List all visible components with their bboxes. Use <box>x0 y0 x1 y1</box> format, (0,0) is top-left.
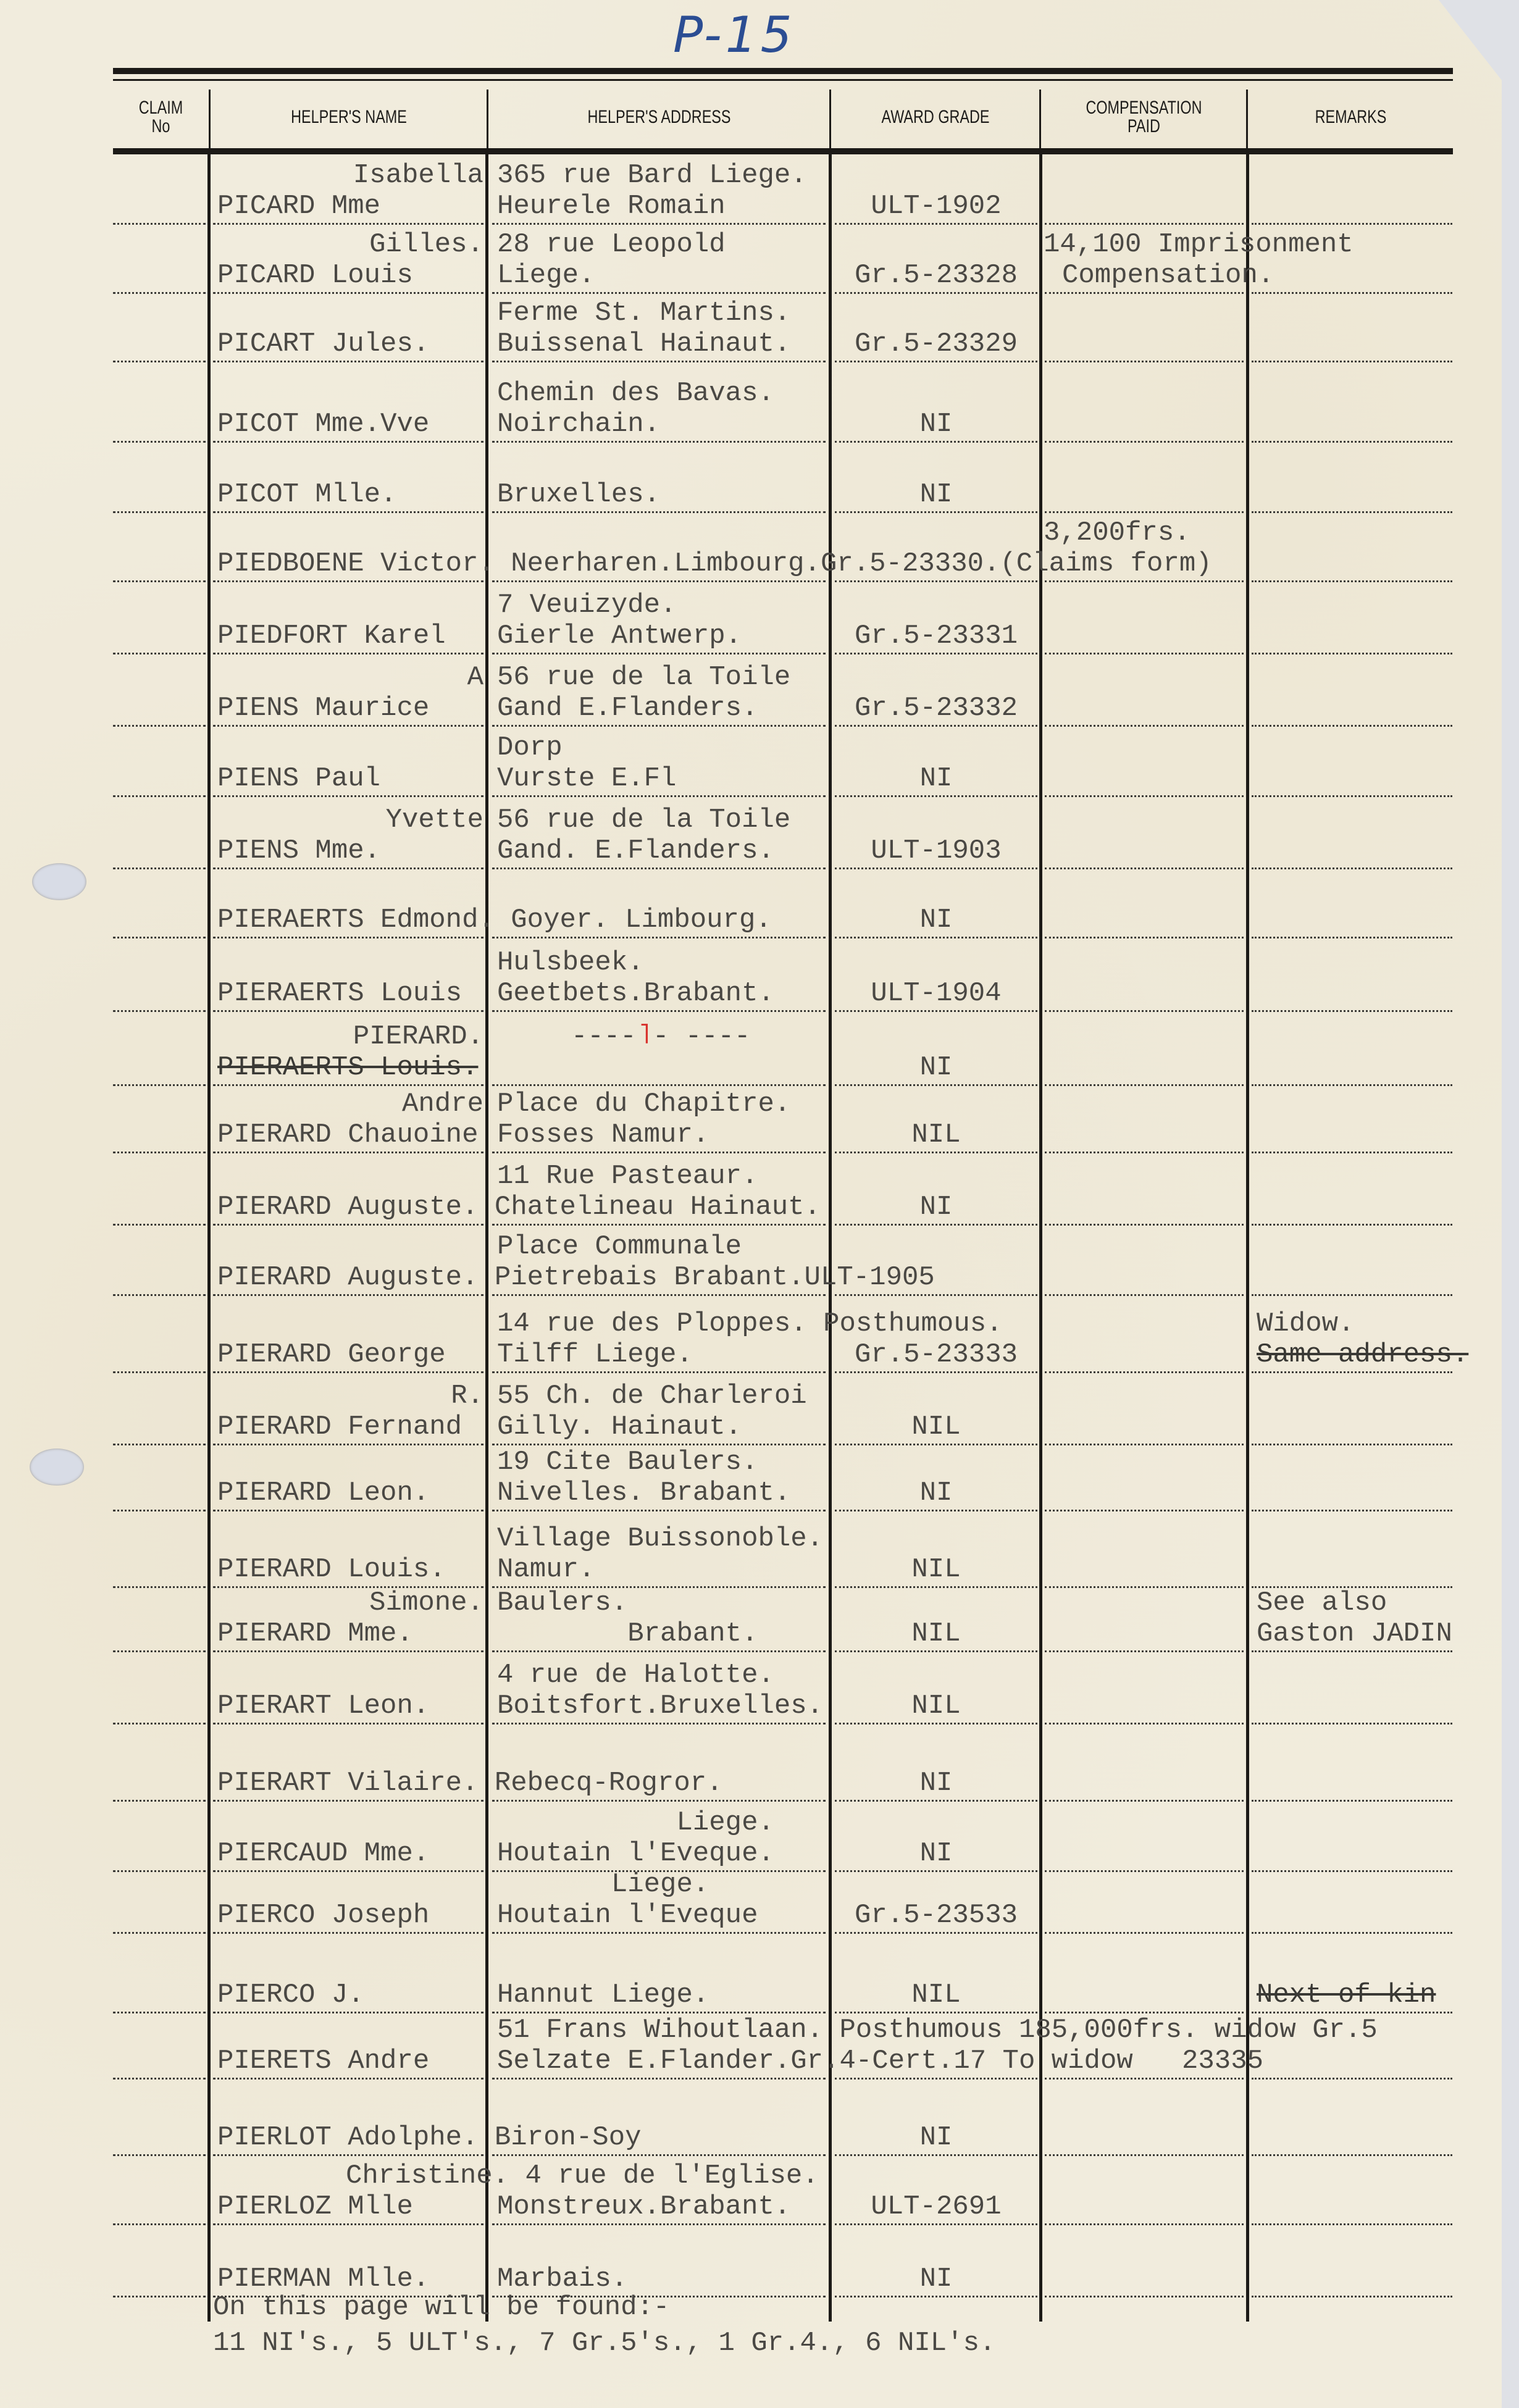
helper-address-line2: Houtain l'Eveque <box>497 1900 758 1931</box>
row-dotted-line <box>1045 1800 1244 1802</box>
top-thin-rule <box>113 79 1453 81</box>
row-dotted-line <box>113 1510 206 1511</box>
row-dotted-line <box>1252 1152 1452 1153</box>
helper-name: PIERARD George <box>217 1339 446 1370</box>
award-grade: NI <box>835 1768 1037 1799</box>
helper-name: PIERARD Chauoine <box>217 1119 478 1150</box>
row-dotted-line <box>213 653 483 654</box>
helper-address-line1: Chemin des Bavas. <box>497 378 774 409</box>
row-dotted-line <box>1045 2078 1244 2080</box>
row-dotted-line <box>113 1152 206 1153</box>
header-claim-no: CLAIM No <box>123 86 198 148</box>
row-dotted-line <box>1252 795 1452 797</box>
row-dotted-line <box>1045 1152 1244 1153</box>
row-dotted-line <box>1252 1084 1452 1086</box>
helper-address-line2: Houtain l'Eveque. <box>497 1838 774 1869</box>
helper-address-line2: Marbais. <box>497 2264 627 2294</box>
footer-summary-heading: On this page will be found:- <box>213 2292 669 2323</box>
row-dotted-line <box>492 580 826 582</box>
row-dotted-line <box>835 937 1037 939</box>
row-dotted-line <box>1045 441 1244 443</box>
row-dotted-line <box>835 2296 1037 2297</box>
helper-address-line1: 7 Veuizyde. <box>497 590 676 621</box>
row-dotted-line <box>835 1510 1037 1511</box>
row-dotted-line <box>113 725 206 727</box>
header-bottom-rule <box>113 148 1453 154</box>
award-grade: NI <box>835 763 1037 794</box>
helper-name: PIERARD Auguste. Chatelineau Hainaut. <box>217 1192 821 1223</box>
helper-address-line2: Bruxelles. <box>497 479 660 510</box>
row-dotted-line <box>1045 361 1244 362</box>
helper-name: PIERART Vilaire. Rebecq-Rogror. <box>217 1768 723 1799</box>
row-dotted-line <box>1252 1510 1452 1511</box>
row-dotted-line <box>113 1444 206 1445</box>
column-divider-address <box>829 154 832 2322</box>
helper-address-line1: ----˥- ---- <box>571 1021 750 1052</box>
row-dotted-line <box>492 223 826 225</box>
award-grade: NIL <box>835 1979 1037 2010</box>
row-dotted-line <box>213 1650 483 1652</box>
row-dotted-line <box>835 1224 1037 1226</box>
row-dotted-line <box>1252 511 1452 513</box>
row-dotted-line <box>492 2078 826 2080</box>
award-grade: ULT-2691 <box>835 2191 1037 2222</box>
row-dotted-line <box>492 361 826 362</box>
award-grade: NI <box>835 1478 1037 1508</box>
row-dotted-line <box>1045 2223 1244 2225</box>
row-dotted-line <box>1045 1932 1244 1934</box>
helper-address-line1: Place du Chapitre. <box>497 1089 790 1119</box>
row-dotted-line <box>113 2078 206 2080</box>
helper-name: PICOT Mlle. <box>217 479 396 510</box>
row-dotted-line <box>1252 1932 1452 1934</box>
award-grade: NI <box>835 409 1037 440</box>
row-dotted-line <box>113 441 206 443</box>
award-grade: NI <box>835 905 1037 935</box>
row-dotted-line <box>1045 1510 1244 1511</box>
row-dotted-line <box>1045 2296 1244 2297</box>
row-dotted-line <box>1045 1650 1244 1652</box>
column-divider-name <box>485 154 488 2322</box>
row-dotted-line <box>1252 1294 1452 1296</box>
award-grade: Gr.5-23329 <box>835 328 1037 359</box>
row-dotted-line <box>1252 653 1452 654</box>
row-dotted-line <box>492 653 826 654</box>
helper-name: PIERARD Leon. <box>217 1478 429 1508</box>
row-dotted-line <box>835 1084 1037 1086</box>
award-grade: Gr.5-23333 <box>835 1339 1037 1370</box>
column-divider-comp <box>1246 154 1249 2322</box>
award-grade: NI <box>835 1192 1037 1223</box>
compensation-line1: 3,200frs. <box>1044 517 1191 548</box>
header-helpers-address: HELPER'S ADDRESS <box>528 86 790 148</box>
punch-hole-bottom <box>30 1449 84 1486</box>
row-dotted-line <box>213 441 483 443</box>
row-dotted-line <box>113 1800 206 1802</box>
row-dotted-line <box>213 1224 483 1226</box>
row-dotted-line <box>113 1586 206 1588</box>
header-remarks: REMARKS <box>1273 86 1429 148</box>
row-dotted-line <box>1045 1586 1244 1588</box>
row-dotted-line <box>113 2296 206 2297</box>
award-grade: NIL <box>835 1554 1037 1585</box>
header-divider <box>1039 90 1041 148</box>
helper-first-name: A <box>213 662 483 693</box>
row-dotted-line <box>835 292 1037 294</box>
award-grade: Gr.5-23533 <box>835 1900 1037 1931</box>
helper-address-line1: Village Buissonoble. <box>497 1523 823 1554</box>
row-dotted-line <box>1252 867 1452 869</box>
row-dotted-line <box>835 1294 1037 1296</box>
helper-first-name: Yvette <box>213 805 483 835</box>
helper-address-line1: Liege. <box>497 1807 774 1838</box>
helper-name: PIENS Paul <box>217 763 380 794</box>
row-dotted-line <box>113 795 206 797</box>
helper-name: PIEDBOENE Victor. Neerharen.Limbourg.Gr.… <box>217 548 1212 579</box>
row-dotted-line <box>835 2012 1037 2013</box>
row-dotted-line <box>213 1932 483 1934</box>
row-dotted-line <box>492 1371 826 1373</box>
row-dotted-line <box>113 937 206 939</box>
helper-address-line2: Geetbets.Brabant. <box>497 978 774 1009</box>
helper-address-line1: Dorp <box>497 732 563 763</box>
helper-address-line2: Buissenal Hainaut. <box>497 328 790 359</box>
column-divider-claim <box>207 154 211 2322</box>
row-dotted-line <box>213 867 483 869</box>
row-dotted-line <box>1252 441 1452 443</box>
helper-first-name: Andre <box>213 1089 483 1119</box>
row-dotted-line <box>1252 1650 1452 1652</box>
helper-address-line1: 365 rue Bard Liege. <box>497 160 807 191</box>
row-dotted-line <box>492 1084 826 1086</box>
row-dotted-line <box>492 1010 826 1012</box>
award-grade: NIL <box>835 1691 1037 1721</box>
row-dotted-line <box>492 1932 826 1934</box>
row-dotted-line <box>1252 1224 1452 1226</box>
row-dotted-line <box>213 1371 483 1373</box>
header-divider <box>829 90 831 148</box>
row-dotted-line <box>213 1870 483 1872</box>
row-dotted-line <box>213 725 483 727</box>
helper-name: PIERLOT Adolphe. Biron-Soy <box>217 2122 642 2153</box>
row-dotted-line <box>213 2078 483 2080</box>
helper-address-line1: 55 Ch. de Charleroi <box>497 1381 807 1411</box>
row-dotted-line <box>1252 1723 1452 1724</box>
helper-name: PIERARD Mme. <box>217 1618 413 1649</box>
row-dotted-line <box>835 1371 1037 1373</box>
remarks-line2: Gaston JADIN <box>1257 1618 1452 1649</box>
row-dotted-line <box>492 725 826 727</box>
row-dotted-line <box>835 1932 1037 1934</box>
helper-address-line1: 11 Rue Pasteaur. <box>497 1161 758 1192</box>
row-dotted-line <box>113 2012 206 2013</box>
award-grade: NIL <box>835 1119 1037 1150</box>
page-mark: P-15 <box>673 6 796 64</box>
row-dotted-line <box>213 2223 483 2225</box>
helper-first-name: Gilles. <box>213 229 483 260</box>
row-dotted-line <box>113 1010 206 1012</box>
helper-address-line1: 56 rue de la Toile <box>497 805 790 835</box>
compensation-line2: Compensation. <box>1062 260 1274 291</box>
row-dotted-line <box>835 2223 1037 2225</box>
row-dotted-line <box>113 1870 206 1872</box>
punch-hole-top <box>32 863 86 900</box>
row-dotted-line <box>492 2223 826 2225</box>
helper-address-line1: 14 rue des Ploppes. Posthumous. <box>497 1308 1003 1339</box>
helper-address-line2: Gilly. Hainaut. <box>497 1411 742 1442</box>
row-dotted-line <box>835 1152 1037 1153</box>
row-dotted-line <box>1045 1371 1244 1373</box>
row-dotted-line <box>1045 1444 1244 1445</box>
row-dotted-line <box>1252 2223 1452 2225</box>
row-dotted-line <box>1252 2012 1452 2013</box>
row-dotted-line <box>113 223 206 225</box>
row-dotted-line <box>835 1723 1037 1724</box>
row-dotted-line <box>113 1294 206 1296</box>
helper-name: PICOT Mme.Vve <box>217 409 429 440</box>
row-dotted-line <box>1252 2078 1452 2080</box>
helper-address-line2: Fosses Namur. <box>497 1119 709 1150</box>
row-dotted-line <box>1252 2296 1452 2297</box>
row-dotted-line <box>835 867 1037 869</box>
row-dotted-line <box>1045 1723 1244 1724</box>
row-dotted-line <box>1045 795 1244 797</box>
header-helpers-name: HELPER'S NAME <box>243 86 454 148</box>
row-dotted-line <box>213 2012 483 2013</box>
row-dotted-line <box>213 2154 483 2156</box>
row-dotted-line <box>492 441 826 443</box>
helper-address-line2: Liege. <box>497 260 595 291</box>
helper-first-name: R. <box>213 1381 483 1411</box>
row-dotted-line <box>1252 2154 1452 2156</box>
row-dotted-line <box>113 292 206 294</box>
helper-name: PIEDFORT Karel <box>217 621 446 651</box>
row-dotted-line <box>113 2154 206 2156</box>
row-dotted-line <box>213 361 483 362</box>
award-grade: ULT-1902 <box>835 191 1037 222</box>
row-dotted-line <box>113 2223 206 2225</box>
helper-address-line2: Boitsfort.Bruxelles. <box>497 1691 823 1721</box>
award-grade: NI <box>835 2122 1037 2153</box>
row-dotted-line <box>213 292 483 294</box>
helper-name: PIENS Mme. <box>217 835 380 866</box>
award-grade: ULT-1904 <box>835 978 1037 1009</box>
award-grade: Gr.5-23331 <box>835 621 1037 651</box>
helper-name: PIERARD Louis. <box>217 1554 446 1585</box>
row-dotted-line <box>113 867 206 869</box>
row-dotted-line <box>1045 580 1244 582</box>
helper-name: PICART Jules. <box>217 328 429 359</box>
helper-name: PIERMAN Mlle. <box>217 2264 429 2294</box>
row-dotted-line <box>492 1224 826 1226</box>
row-dotted-line <box>1252 1010 1452 1012</box>
row-dotted-line <box>835 223 1037 225</box>
row-dotted-line <box>113 361 206 362</box>
row-dotted-line <box>492 1650 826 1652</box>
helper-name: PIERAERTS Edmond. Goyer. Limbourg. <box>217 905 772 935</box>
row-dotted-line <box>213 1084 483 1086</box>
row-dotted-line <box>492 1152 826 1153</box>
row-dotted-line <box>492 292 826 294</box>
row-dotted-line <box>835 653 1037 654</box>
helper-name: PIERAERTS Louis <box>217 978 462 1009</box>
row-dotted-line <box>1252 580 1452 582</box>
row-dotted-line <box>1252 223 1452 225</box>
row-dotted-line <box>1252 1800 1452 1802</box>
row-dotted-line <box>492 511 826 513</box>
row-dotted-line <box>213 795 483 797</box>
row-dotted-line <box>213 580 483 582</box>
remarks-line1: Widow. <box>1257 1308 1354 1339</box>
row-dotted-line <box>835 725 1037 727</box>
row-dotted-line <box>113 1084 206 1086</box>
row-dotted-line <box>835 1800 1037 1802</box>
helper-address-line1: 4 rue de Halotte. <box>497 1660 774 1691</box>
helper-address-line2: Selzate E.Flander.Gr.4-Cert.17 To widow … <box>497 2046 1263 2076</box>
award-grade: Gr.5-23328 <box>835 260 1037 291</box>
footer-summary-counts: 11 NI's., 5 ULT's., 7 Gr.5's., 1 Gr.4., … <box>213 2328 995 2359</box>
helper-address-line1: 28 rue Leopold <box>497 229 726 260</box>
helper-name: PIERCO Joseph <box>217 1900 429 1931</box>
row-dotted-line <box>113 1371 206 1373</box>
row-dotted-line <box>213 937 483 939</box>
row-dotted-line <box>835 2154 1037 2156</box>
row-dotted-line <box>492 1294 826 1296</box>
helper-address-line1: 56 rue de la Toile <box>497 662 790 693</box>
helper-address-line1: Place Communale <box>497 1231 742 1262</box>
helper-address-line2: Namur. <box>497 1554 595 1585</box>
row-dotted-line <box>213 1010 483 1012</box>
award-grade: NI <box>835 1838 1037 1869</box>
award-grade: NI <box>835 479 1037 510</box>
row-dotted-line <box>1045 511 1244 513</box>
row-dotted-line <box>1045 937 1244 939</box>
row-dotted-line <box>113 580 206 582</box>
helper-name: PIERARD Fernand <box>217 1411 462 1442</box>
row-dotted-line <box>213 1510 483 1511</box>
helper-name: PIERETS Andre <box>217 2046 429 2076</box>
row-dotted-line <box>1045 725 1244 727</box>
row-dotted-line <box>1045 867 1244 869</box>
row-dotted-line <box>1252 725 1452 727</box>
helper-address-line1: Ferme St. Martins. <box>497 298 790 328</box>
row-dotted-line <box>1045 2012 1244 2013</box>
remarks-line2: Next of kin <box>1257 1979 1436 2010</box>
helper-address-line1: 51 Frans Wihoutlaan. Posthumous 185,000f… <box>497 2015 1378 2046</box>
document-page: P-15 CLAIM No HELPER'S NAME HELPER'S ADD… <box>0 0 1502 2408</box>
row-dotted-line <box>1045 1084 1244 1086</box>
row-dotted-line <box>492 937 826 939</box>
row-dotted-line <box>213 1152 483 1153</box>
row-dotted-line <box>492 1800 826 1802</box>
row-dotted-line <box>213 511 483 513</box>
top-thick-rule <box>113 68 1453 74</box>
row-dotted-line <box>835 580 1037 582</box>
header-divider <box>209 90 211 148</box>
row-dotted-line <box>113 1932 206 1934</box>
helper-address-line2: Noirchain. <box>497 409 660 440</box>
row-dotted-line <box>835 1010 1037 1012</box>
header-divider <box>1246 90 1248 148</box>
row-dotted-line <box>492 1723 826 1724</box>
row-dotted-line <box>492 2012 826 2013</box>
helper-address-line1: Liege. <box>497 1869 709 1900</box>
red-pencil-mark: ˥ <box>637 1021 653 1052</box>
row-dotted-line <box>835 1586 1037 1588</box>
row-dotted-line <box>113 1723 206 1724</box>
row-dotted-line <box>1045 1870 1244 1872</box>
row-dotted-line <box>113 1224 206 1226</box>
helper-address-line2: Vurste E.Fl <box>497 763 676 794</box>
helper-address-line1: Baulers. <box>497 1587 627 1618</box>
award-grade: NI <box>835 2264 1037 2294</box>
helper-first-name: Isabella <box>213 160 483 191</box>
row-dotted-line <box>492 1444 826 1445</box>
row-dotted-line <box>835 795 1037 797</box>
helper-address-line2: Nivelles. Brabant. <box>497 1478 790 1508</box>
helper-address-line2: Brabant. <box>497 1618 758 1649</box>
row-dotted-line <box>492 867 826 869</box>
award-grade: NIL <box>835 1411 1037 1442</box>
header-award-grade: AWARD GRADE <box>856 86 1015 148</box>
row-dotted-line <box>1252 1371 1452 1373</box>
row-dotted-line <box>113 1650 206 1652</box>
header-compensation-paid: COMPENSATION PAID <box>1066 86 1223 148</box>
row-dotted-line <box>213 1294 483 1296</box>
helper-address-line2: Gand E.Flanders. <box>497 693 758 724</box>
row-dotted-line <box>1252 361 1452 362</box>
row-dotted-line <box>213 223 483 225</box>
remarks-line1: See also <box>1257 1587 1387 1618</box>
row-dotted-line <box>1252 1870 1452 1872</box>
helper-name: PICARD Louis <box>217 260 413 291</box>
row-dotted-line <box>213 1800 483 1802</box>
remarks-line2: Same address. <box>1257 1339 1468 1370</box>
helper-name-struck-out: PIERAERTS Louis. <box>217 1052 478 1083</box>
row-dotted-line <box>213 1723 483 1724</box>
helper-name: PIENS Maurice <box>217 693 429 724</box>
helper-name: PIERART Leon. <box>217 1691 429 1721</box>
helper-name: PICARD Mme <box>217 191 380 222</box>
row-dotted-line <box>492 2154 826 2156</box>
header-divider <box>487 90 488 148</box>
row-dotted-line <box>835 1444 1037 1445</box>
helper-address-line2: Hannut Liege. <box>497 1979 709 2010</box>
helper-address-line1: Hulsbeek. <box>497 947 644 978</box>
helper-name: PIERARD Auguste. Pietrebais Brabant.ULT-… <box>217 1262 935 1293</box>
helper-name: PIERLOZ Mlle <box>217 2191 413 2222</box>
award-grade: NI <box>835 1052 1037 1083</box>
row-dotted-line <box>213 1444 483 1445</box>
award-grade: Gr.5-23332 <box>835 693 1037 724</box>
helper-address-line2: Tilff Liege. <box>497 1339 693 1370</box>
row-dotted-line <box>1045 1224 1244 1226</box>
helper-name: PIERCO J. <box>217 1979 364 2010</box>
row-dotted-line <box>492 1510 826 1511</box>
row-dotted-line <box>492 795 826 797</box>
helper-address-line2: Gand. E.Flanders. <box>497 835 774 866</box>
helper-first-name: Christine. 4 rue de l'Eglise. <box>346 2160 819 2191</box>
row-dotted-line <box>1045 653 1244 654</box>
row-dotted-line <box>835 511 1037 513</box>
row-dotted-line <box>835 441 1037 443</box>
row-dotted-line <box>1045 1294 1244 1296</box>
row-dotted-line <box>1045 1010 1244 1012</box>
row-dotted-line <box>113 653 206 654</box>
helper-address-line2: Monstreux.Brabant. <box>497 2191 790 2222</box>
helper-address-line1: 19 Cite Baulers. <box>497 1447 758 1478</box>
award-grade: NIL <box>835 1618 1037 1649</box>
